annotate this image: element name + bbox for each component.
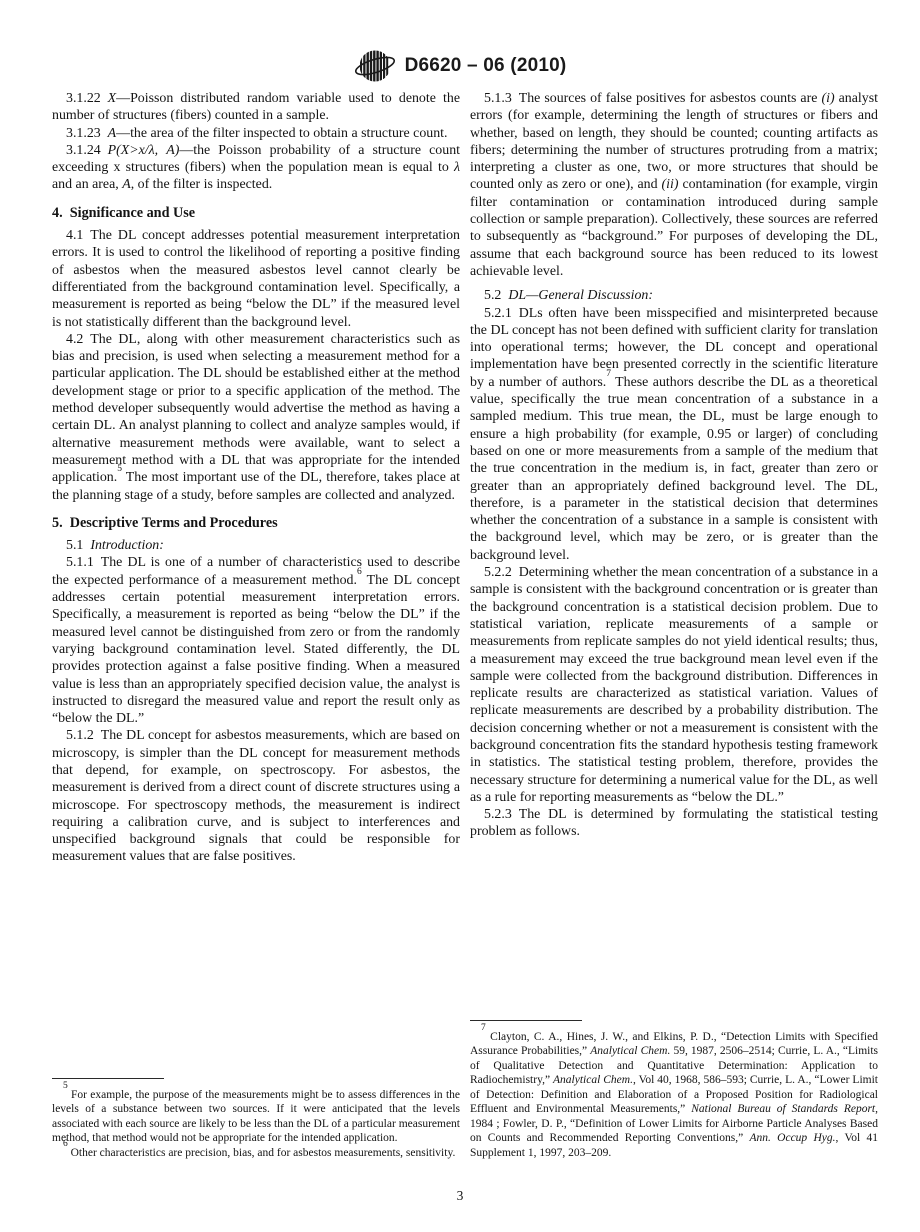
text-run: 5.2.3 The DL is determined by formulatin… [470, 807, 878, 839]
para-3-1-23: 3.1.23 A—the area of the filter inspecte… [52, 125, 460, 142]
text-run: 5.1.3 The sources of false positives for… [484, 91, 821, 106]
text-run: National Bureau of Standards Report [691, 1103, 875, 1115]
text-run: Analytical Chem. [553, 1074, 633, 1086]
para-5-2-1: 5.2.1 DLs often have been misspecified a… [470, 305, 878, 564]
para-5-1-1: 5.1.1 The DL is one of a number of chara… [52, 554, 460, 727]
text-run: and an area, [52, 177, 122, 192]
text-run: , of the filter is inspected. [131, 177, 273, 192]
page-footer: 3 [0, 1188, 920, 1204]
text-run: 4.2 The DL, along with other measurement… [52, 332, 460, 485]
footnote-ref: 7 [481, 1023, 486, 1033]
text-run: DL—General Discussion: [508, 288, 653, 303]
para-5-2-2: 5.2.2 Determining whether the mean conce… [470, 564, 878, 806]
text-run: 5.2.2 Determining whether the mean conce… [470, 565, 878, 805]
text-run: The DL concept addresses certain potenti… [52, 573, 460, 726]
para-5-2-3: 5.2.3 The DL is determined by formulatin… [470, 806, 878, 841]
text-run: —the area of the filter inspected to obt… [116, 126, 447, 141]
para-3-1-22: 3.1.22 X—Poisson distributed random vari… [52, 90, 460, 125]
para-5-1-2: 5.1.2 The DL concept for asbestos measur… [52, 727, 460, 865]
left-column: 3.1.22 X—Poisson distributed random vari… [52, 90, 460, 1160]
text-run: 5. Descriptive Terms and Procedures [52, 515, 278, 531]
footnote-separator [52, 1078, 164, 1079]
heading-section-5: 5. Descriptive Terms and Procedures [52, 515, 460, 532]
text-run: P(X>x/λ, A) [108, 143, 180, 158]
text-run: Introduction: [90, 538, 164, 553]
right-column: 5.1.3 The sources of false positives for… [470, 90, 878, 1160]
para-3-1-24: 3.1.24 P(X>x/λ, A)—the Poisson probabili… [52, 142, 460, 194]
text-run: 3.1.24 [66, 143, 108, 158]
para-5-1-3: 5.1.3 The sources of false positives for… [470, 90, 878, 280]
two-column-body: 3.1.22 X—Poisson distributed random vari… [52, 90, 888, 1160]
text-run: 4.1 The DL concept addresses potential m… [52, 228, 460, 329]
text-run: 5.2 [484, 288, 508, 303]
para-4-1: 4.1 The DL concept addresses potential m… [52, 227, 460, 331]
text-run: Other characteristics are precision, bia… [68, 1147, 456, 1159]
footnote-separator [470, 1020, 582, 1021]
heading-section-4: 4. Significance and Use [52, 205, 460, 222]
text-run: 3.1.22 [66, 91, 108, 106]
text-run: For example, the purpose of the measurem… [52, 1089, 460, 1145]
standard-code: D6620 – 06 (2010) [405, 55, 567, 77]
text-run: 5.1 [66, 538, 90, 553]
page-header: D6620 – 06 (2010) [0, 44, 920, 88]
para-5-2: 5.2 DL—General Discussion: [470, 287, 878, 304]
text-run: 5.1.2 The DL concept for asbestos measur… [52, 728, 460, 864]
footnote-block: 5 For example, the purpose of the measur… [52, 1078, 460, 1161]
text-run: contamination (for example, virgin filte… [470, 177, 878, 278]
footnote-7: 7 Clayton, C. A., Hines, J. W., and Elki… [470, 1030, 878, 1161]
page-number: 3 [457, 1188, 464, 1203]
text-run: Ann. Occup Hyg. [749, 1132, 835, 1144]
footnote-ref: 7 [606, 369, 611, 379]
text-run: These authors describe the DL as a theor… [470, 375, 878, 563]
text-run: Analytical Chem. [590, 1045, 670, 1057]
footnote-5: 5 For example, the purpose of the measur… [52, 1088, 460, 1146]
footnote-ref: 6 [63, 1139, 68, 1149]
footnote-ref: 5 [117, 464, 122, 474]
text-run: 3.1.23 [66, 126, 108, 141]
text-run: 4. Significance and Use [52, 205, 195, 221]
astm-logo-icon [354, 46, 396, 86]
footnote-ref: 6 [357, 567, 362, 577]
text-run: (i) [821, 91, 834, 106]
footnote-ref: 5 [63, 1081, 68, 1091]
text-run: A [108, 126, 117, 141]
footnote-block: 7 Clayton, C. A., Hines, J. W., and Elki… [470, 1020, 878, 1161]
text-run: λ [454, 160, 460, 175]
para-5-1: 5.1 Introduction: [52, 537, 460, 554]
text-run: X [108, 91, 117, 106]
footnote-6: 6 Other characteristics are precision, b… [52, 1146, 460, 1161]
document-page: D6620 – 06 (2010) 3.1.22 X—Poisson distr… [0, 0, 920, 1232]
para-4-2: 4.2 The DL, along with other measurement… [52, 331, 460, 504]
text-run: (ii) [662, 177, 679, 192]
text-run: A [122, 177, 131, 192]
